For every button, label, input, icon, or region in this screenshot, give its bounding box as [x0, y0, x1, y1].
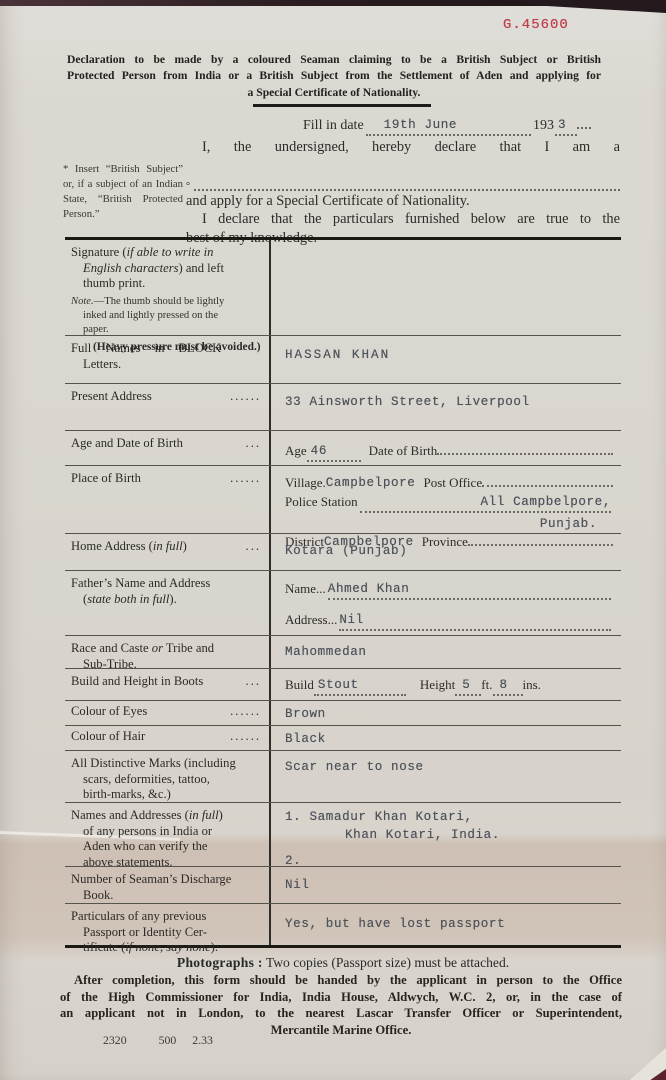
age-dob-label: Age and Date of Birth... [71, 436, 261, 452]
marks-label: All Distinctive Marks (includingscars, d… [71, 756, 261, 803]
father-address-label: Address... [285, 612, 337, 628]
race-label-cell: Race and Caste or Tribe andSub-Tribe. [65, 636, 271, 668]
feet-unit-label: ft. [481, 677, 492, 693]
eyes-label: Colour of Eyes...... [71, 704, 261, 720]
age-field: 46 [307, 445, 361, 462]
race-value: Mahommedan [285, 645, 367, 659]
instruction-line: an applicant not in London, to the neare… [60, 1005, 622, 1022]
imprint-number: 500 [159, 1033, 177, 1047]
table-row-discharge-book: Number of Seaman’s DischargeBook. Nil [65, 867, 621, 904]
verify-label-cell: Names and Addresses (in full)of any pers… [65, 803, 271, 866]
father-name-label: Name... [285, 581, 326, 597]
height-inches-value: 8 [493, 678, 508, 692]
father-address-value: Nil [339, 613, 363, 627]
height-label: Height [420, 677, 455, 693]
hair-value-cell: Black [271, 726, 621, 750]
home-address-label-cell: Home Address (in full)... [65, 534, 271, 570]
instruction-line: of the High Commissioner for India, Indi… [60, 989, 622, 1006]
table-row-build-height: Build and Height in Boots... Build Stout… [65, 669, 621, 701]
race-value-cell: Mahommedan [271, 636, 621, 668]
marks-label-cell: All Distinctive Marks (includingscars, d… [65, 751, 271, 802]
apply-line: and apply for a Special Certificate of N… [186, 193, 470, 210]
fill-in-date-label: Fill in date [303, 118, 364, 134]
nationality-insert-line: ° [186, 176, 620, 194]
declaration-opening-line: I, the undersigned, hereby declare that … [186, 139, 620, 156]
dob-label: Date of Birth [369, 443, 438, 459]
age-dob-value-cell: Age 46 Date of Birth [271, 431, 621, 465]
build-height-label-cell: Build and Height in Boots... [65, 669, 271, 700]
age-value: 46 [307, 444, 327, 458]
police-region-value: Punjab. [540, 517, 597, 531]
heading-line: Declaration to be made by a coloured Sea… [67, 52, 601, 68]
table-row-place-of-birth: Place of Birth...... Village. Campbelpor… [65, 466, 621, 534]
passport-label: Particulars of any previousPassport or I… [71, 909, 261, 956]
police-station-label: Police Station [285, 494, 358, 510]
eyes-value: Brown [285, 707, 326, 721]
place-of-birth-label: Place of Birth...... [71, 471, 261, 487]
passport-value: Yes, but have lost passport [285, 917, 505, 931]
present-address-value-cell: 33 Ainsworth Street, Liverpool [271, 384, 621, 430]
race-label: Race and Caste or Tribe andSub-Tribe. [71, 641, 261, 672]
dotted-rule [194, 176, 620, 191]
father-label-cell: Father’s Name and Address(state both in … [65, 571, 271, 635]
table-row-previous-passport: Particulars of any previousPassport or I… [65, 904, 621, 945]
table-row-full-names: Full Names in BLOCKLetters. HASSAN KHAN [65, 336, 621, 384]
build-value: Stout [314, 678, 359, 692]
instruction-line: After completion, this form should be ha… [60, 972, 622, 989]
full-names-value: HASSAN KHAN [285, 348, 390, 362]
completion-instructions: After completion, this form should be ha… [60, 972, 622, 1039]
table-row-eyes: Colour of Eyes...... Brown [65, 701, 621, 726]
table-row-present-address: Present Address...... 33 Ainsworth Stree… [65, 384, 621, 431]
print-imprint-code: 23205002.33 [103, 1033, 213, 1048]
year-field: 3 [555, 119, 577, 136]
height-feet-value: 5 [455, 678, 470, 692]
police-station-value: All Campbelpore, [480, 495, 611, 509]
father-label: Father’s Name and Address(state both in … [71, 576, 261, 607]
full-names-label: Full Names in BLOCKLetters. [71, 341, 261, 372]
signature-note: Note.—The thumb should be lightlyinked a… [71, 295, 261, 336]
passport-label-cell: Particulars of any previousPassport or I… [65, 904, 271, 945]
table-row-distinctive-marks: All Distinctive Marks (includingscars, d… [65, 751, 621, 803]
present-address-label: Present Address...... [71, 389, 261, 405]
heading-line: Protected Person from India or a British… [67, 68, 601, 84]
dob-field [437, 440, 613, 455]
build-height-label: Build and Height in Boots... [71, 674, 261, 690]
build-height-value-cell: Build Stout Height 5 ft. 8 ins. [271, 669, 621, 700]
year-typed-value: 3 [555, 118, 566, 132]
inches-unit-label: ins. [523, 677, 541, 693]
scan-corner-top-right [516, 0, 666, 13]
table-row-age-dob: Age and Date of Birth... Age 46 Date of … [65, 431, 621, 466]
serial-number-stamp: G.45600 [503, 17, 569, 33]
form-heading: Declaration to be made by a coloured Sea… [67, 52, 601, 101]
form-table: Signature (if able to write inEnglish ch… [65, 237, 621, 948]
verify-person-2: 2. [285, 854, 301, 868]
village-label: Village. [285, 475, 326, 491]
fill-in-date-line: Fill in date 19th June 193 3 [303, 112, 591, 136]
signature-label-cell: Signature (if able to write inEnglish ch… [65, 240, 271, 335]
trailing-dots [577, 112, 591, 129]
signature-value-cell [271, 240, 621, 335]
margin-note: * Insert “British Subject” or, if a subj… [63, 162, 183, 222]
home-address-label: Home Address (in full)... [71, 539, 261, 555]
verify-value-cell: 1. Samadur Khan Kotari, Khan Kotari, Ind… [271, 803, 621, 866]
verify-person-1: 1. Samadur Khan Kotari, [285, 810, 473, 824]
table-row-signature: Signature (if able to write inEnglish ch… [65, 240, 621, 336]
place-of-birth-label-cell: Place of Birth...... [65, 466, 271, 533]
marks-value: Scar near to nose [285, 760, 424, 774]
year-printed-prefix: 193 [533, 118, 554, 134]
photographs-text: Two copies (Passport size) must be attac… [263, 955, 509, 970]
table-row-verify-persons: Names and Addresses (in full)of any pers… [65, 803, 621, 867]
discharge-label: Number of Seaman’s DischargeBook. [71, 872, 261, 903]
home-address-value: Kotara (Punjab) [285, 544, 407, 558]
hair-label-cell: Colour of Hair...... [65, 726, 271, 750]
scanned-declaration-form: G.45600 Declaration to be made by a colo… [0, 0, 666, 1080]
father-name-field: Ahmed Khan [328, 583, 611, 600]
age-dob-label-cell: Age and Date of Birth... [65, 431, 271, 465]
table-row-race: Race and Caste or Tribe andSub-Tribe. Ma… [65, 636, 621, 669]
discharge-value-cell: Nil [271, 867, 621, 903]
father-value-cell: Name... Ahmed Khan Address... Nil [271, 571, 621, 635]
photographs-line: Photographs : Two copies (Passport size)… [65, 955, 621, 971]
present-address-label-cell: Present Address...... [65, 384, 271, 430]
full-names-value-cell: HASSAN KHAN [271, 336, 621, 383]
table-row-father: Father’s Name and Address(state both in … [65, 571, 621, 636]
discharge-value: Nil [285, 878, 309, 892]
eyes-value-cell: Brown [271, 701, 621, 725]
full-names-label-cell: Full Names in BLOCKLetters. [65, 336, 271, 383]
village-value: Campbelpore [326, 476, 416, 490]
passport-value-cell: Yes, but have lost passport [271, 904, 621, 945]
post-office-field [482, 472, 613, 487]
date-field: 19th June [366, 119, 531, 136]
photographs-label: Photographs : [177, 955, 263, 970]
heading-line: a Special Certificate of Nationality. [67, 85, 601, 101]
present-address-value: 33 Ainsworth Street, Liverpool [285, 395, 530, 409]
height-feet-field: 5 [455, 679, 481, 696]
verify-person-1-address: Khan Kotari, India. [345, 828, 500, 842]
reference-mark: ° [186, 181, 190, 192]
hair-label: Colour of Hair...... [71, 729, 261, 745]
age-label: Age [285, 443, 307, 459]
paper-corner-flap [614, 1034, 666, 1080]
height-inches-field: 8 [493, 679, 523, 696]
discharge-label-cell: Number of Seaman’s DischargeBook. [65, 867, 271, 903]
marks-value-cell: Scar near to nose [271, 751, 621, 802]
father-address-field: Nil [339, 614, 611, 631]
place-of-birth-value-cell: Village. Campbelpore Post Office Police … [271, 466, 621, 533]
heading-rule [253, 104, 431, 107]
table-row-hair: Colour of Hair...... Black [65, 726, 621, 751]
police-station-field: All Campbelpore, [360, 496, 611, 513]
particulars-line: I declare that the particulars furnished… [186, 210, 620, 229]
signature-label: Signature (if able to write inEnglish ch… [71, 245, 261, 292]
verify-label: Names and Addresses (in full)of any pers… [71, 808, 261, 871]
build-label: Build [285, 677, 314, 693]
father-name-value: Ahmed Khan [328, 582, 410, 596]
build-field: Stout [314, 679, 406, 696]
imprint-number: 2.33 [192, 1033, 213, 1047]
imprint-number: 2320 [103, 1033, 127, 1047]
date-typed-value: 19th June [366, 118, 457, 132]
eyes-label-cell: Colour of Eyes...... [65, 701, 271, 725]
hair-value: Black [285, 732, 326, 746]
post-office-label: Post Office [423, 475, 482, 491]
